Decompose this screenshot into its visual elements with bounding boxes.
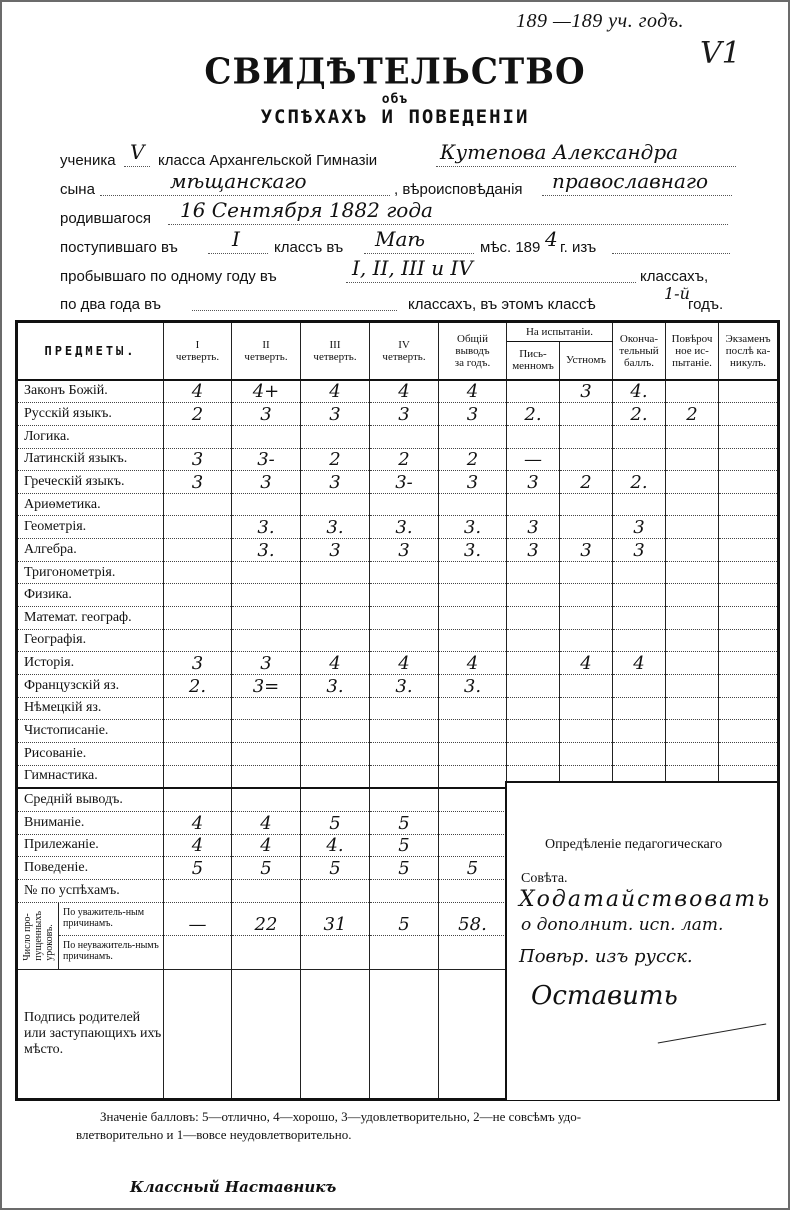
grade-q2[interactable]: [232, 720, 301, 743]
conduct-q2[interactable]: 4: [232, 811, 301, 834]
grade-q3[interactable]: 4: [301, 652, 370, 675]
grade-annual[interactable]: 3: [439, 403, 507, 426]
parents-signature-q3[interactable]: [301, 969, 370, 1099]
grade-q4[interactable]: [370, 607, 439, 630]
grade-q2[interactable]: 3.: [232, 516, 301, 539]
grade-q1[interactable]: [164, 561, 232, 584]
grade-oral[interactable]: 3: [560, 380, 613, 403]
subject-name: Французскiй яз.: [17, 674, 164, 697]
grade-written[interactable]: [507, 720, 560, 743]
entered-year-digit[interactable]: 4: [545, 227, 558, 251]
grade-final[interactable]: [613, 584, 666, 607]
conduct-q4[interactable]: 5: [370, 834, 439, 857]
grade-final[interactable]: 2.: [613, 403, 666, 426]
grade-annual[interactable]: [439, 607, 507, 630]
subject-row: Нѣмецкiй яз.: [17, 697, 779, 720]
this-class-years[interactable]: 1-й: [664, 284, 690, 303]
grade-reexam[interactable]: [666, 448, 719, 471]
grade-q1[interactable]: [164, 539, 232, 562]
header-exam-group: На испытанiи.: [507, 322, 613, 342]
absences-excused-annual[interactable]: 58.: [439, 902, 507, 936]
grade-annual[interactable]: [439, 425, 507, 448]
subject-row: Алгебра.3.333.333: [17, 539, 779, 562]
parents-signature-annual[interactable]: [439, 969, 507, 1099]
conduct-q3[interactable]: [301, 788, 370, 811]
header-subjects: ПРЕДМЕТЫ.: [17, 322, 164, 380]
grade-oral[interactable]: [560, 516, 613, 539]
grade-after[interactable]: [719, 448, 779, 471]
grading-legend: Значенiе балловъ: 5—отлично, 4—хорошо, 3…: [100, 1108, 720, 1144]
grade-oral[interactable]: [560, 493, 613, 516]
grade-reexam[interactable]: [666, 539, 719, 562]
grade-reexam[interactable]: [666, 742, 719, 765]
conduct-q2[interactable]: 5: [232, 857, 301, 880]
grade-after[interactable]: [719, 425, 779, 448]
grade-q4[interactable]: 3-: [370, 471, 439, 494]
grade-q3[interactable]: [301, 493, 370, 516]
grade-q2[interactable]: 3: [232, 403, 301, 426]
grade-final[interactable]: 3: [613, 516, 666, 539]
conduct-q1[interactable]: 4: [164, 834, 232, 857]
from-label: г. изъ: [560, 239, 596, 256]
grade-q4[interactable]: 4: [370, 380, 439, 403]
grade-final[interactable]: 3: [613, 539, 666, 562]
grade-after[interactable]: [719, 403, 779, 426]
conduct-q3[interactable]: 5: [301, 811, 370, 834]
conduct-annual[interactable]: [439, 879, 507, 902]
grade-reexam[interactable]: [666, 584, 719, 607]
subject-name: Математ. географ.: [17, 607, 164, 630]
conduct-q1[interactable]: 5: [164, 857, 232, 880]
conduct-annual[interactable]: [439, 788, 507, 811]
grade-annual[interactable]: [439, 584, 507, 607]
class-value[interactable]: V: [130, 140, 144, 164]
grade-q4[interactable]: [370, 720, 439, 743]
absences-excused-q3[interactable]: 31: [301, 902, 370, 936]
conduct-q4[interactable]: 5: [370, 857, 439, 880]
grade-q4[interactable]: [370, 629, 439, 652]
grade-q2[interactable]: 3-: [232, 448, 301, 471]
grade-q2[interactable]: 3: [232, 471, 301, 494]
grade-q3[interactable]: [301, 720, 370, 743]
grade-q3[interactable]: 3: [301, 403, 370, 426]
two-years-label: по два года въ: [60, 296, 161, 313]
grade-q3[interactable]: 4: [301, 380, 370, 403]
entered-label: поступившаго въ: [60, 239, 178, 256]
header-row: ПРЕДМЕТЫ. Iчетверть. IIчетверть. IIIчетв…: [17, 322, 779, 342]
subject-name: Алгебра.: [17, 539, 164, 562]
grade-q1[interactable]: [164, 765, 232, 788]
grade-final[interactable]: [613, 493, 666, 516]
header-after-holidays: Экзаменъпослѣ ка-никулъ.: [719, 322, 779, 380]
grade-written[interactable]: 3: [507, 471, 560, 494]
grade-annual[interactable]: 3: [439, 471, 507, 494]
grade-q4[interactable]: 3.: [370, 516, 439, 539]
grade-q1[interactable]: 3: [164, 448, 232, 471]
grade-q4[interactable]: 2: [370, 448, 439, 471]
grade-reexam[interactable]: [666, 674, 719, 697]
grade-q2[interactable]: 4+: [232, 380, 301, 403]
grade-oral[interactable]: 4: [560, 652, 613, 675]
header-q4: IVчетверть.: [370, 322, 439, 380]
conduct-q3[interactable]: 4.: [301, 834, 370, 857]
grade-reexam[interactable]: [666, 697, 719, 720]
grade-reexam[interactable]: [666, 652, 719, 675]
grade-final[interactable]: [613, 720, 666, 743]
absences-group-label: Число про-пущенныхъуроковъ.: [22, 911, 55, 961]
header-q1: Iчетверть.: [164, 322, 232, 380]
grade-q1[interactable]: [164, 742, 232, 765]
header-written: Пись-менномъ: [507, 342, 560, 380]
grade-written[interactable]: [507, 697, 560, 720]
grade-q4[interactable]: [370, 561, 439, 584]
conduct-q1[interactable]: [164, 788, 232, 811]
subject-row: Греческiй языкъ.3333-3322.: [17, 471, 779, 494]
subject-name: Тригонометрiя.: [17, 561, 164, 584]
grade-q1[interactable]: [164, 607, 232, 630]
grade-oral[interactable]: [560, 403, 613, 426]
grade-written[interactable]: 3: [507, 516, 560, 539]
grade-annual[interactable]: [439, 720, 507, 743]
grade-final[interactable]: 4: [613, 652, 666, 675]
grade-q2[interactable]: [232, 493, 301, 516]
conduct-name: Поведенiе.: [17, 857, 164, 880]
conduct-q4[interactable]: 5: [370, 811, 439, 834]
grade-q4[interactable]: [370, 493, 439, 516]
pedagogical-council-block: Опредѣленiе педагогическаго Совѣта. Хода…: [505, 781, 777, 1100]
grade-written[interactable]: [507, 629, 560, 652]
grade-q1[interactable]: 3: [164, 652, 232, 675]
subject-name: Ариѳметика.: [17, 493, 164, 516]
grade-annual[interactable]: [439, 742, 507, 765]
council-decision-line2: о дополнит. исп. лат.: [521, 915, 723, 935]
subject-name: Исторiя.: [17, 652, 164, 675]
grade-written[interactable]: —: [507, 448, 560, 471]
absences-unexcused-q3[interactable]: [301, 936, 370, 970]
grade-after[interactable]: [719, 539, 779, 562]
grade-q4[interactable]: [370, 425, 439, 448]
document-title: СВИДѢТЕЛЬСТВО: [0, 51, 790, 93]
subject-row: Русскiй языкъ.233332.2.2: [17, 403, 779, 426]
grade-after[interactable]: [719, 720, 779, 743]
grade-written[interactable]: [507, 493, 560, 516]
grade-annual[interactable]: 4: [439, 652, 507, 675]
religion-label: , вѣроисповѣданiя: [394, 181, 523, 198]
grade-q3[interactable]: [301, 765, 370, 788]
grade-final[interactable]: 2.: [613, 471, 666, 494]
grade-oral[interactable]: [560, 629, 613, 652]
grade-q3[interactable]: 3.: [301, 516, 370, 539]
grade-after[interactable]: [719, 380, 779, 403]
grade-reexam[interactable]: [666, 607, 719, 630]
grade-annual[interactable]: 3.: [439, 516, 507, 539]
grade-q1[interactable]: [164, 697, 232, 720]
parents-signature-q4[interactable]: [370, 969, 439, 1099]
absences-unexcused-q2[interactable]: [232, 936, 301, 970]
grade-q4[interactable]: 3.: [370, 674, 439, 697]
grade-annual[interactable]: [439, 493, 507, 516]
grade-after[interactable]: [719, 742, 779, 765]
born-value[interactable]: 16 Сентября 1882 года: [180, 198, 433, 222]
entered-class-label: классъ въ: [274, 239, 343, 256]
grade-reexam[interactable]: [666, 720, 719, 743]
subject-row: Ариѳметика.: [17, 493, 779, 516]
grade-after[interactable]: [719, 516, 779, 539]
conduct-annual[interactable]: [439, 834, 507, 857]
grade-reexam[interactable]: [666, 380, 719, 403]
parents-signature-q2[interactable]: [232, 969, 301, 1099]
subject-row: Исторiя.3344444: [17, 652, 779, 675]
grade-q1[interactable]: [164, 584, 232, 607]
form-line-two-years: по два года въ классахъ, въ этомъ классѣ…: [60, 290, 730, 316]
grade-q3[interactable]: [301, 425, 370, 448]
grade-q4[interactable]: 3: [370, 539, 439, 562]
grade-reexam[interactable]: [666, 425, 719, 448]
grade-oral[interactable]: [560, 561, 613, 584]
grade-q3[interactable]: [301, 742, 370, 765]
grade-oral[interactable]: [560, 607, 613, 630]
grade-written[interactable]: [507, 380, 560, 403]
grade-reexam[interactable]: [666, 493, 719, 516]
grade-q2[interactable]: [232, 629, 301, 652]
conduct-name: Среднiй выводъ.: [17, 788, 164, 811]
one-year-value[interactable]: I, II, III и IV: [352, 256, 473, 280]
grade-final[interactable]: [613, 607, 666, 630]
grade-reexam[interactable]: [666, 516, 719, 539]
grade-after[interactable]: [719, 471, 779, 494]
grade-written[interactable]: [507, 674, 560, 697]
grade-written[interactable]: [507, 584, 560, 607]
grade-q1[interactable]: [164, 720, 232, 743]
one-year-suffix: классахъ,: [640, 268, 708, 285]
grade-annual[interactable]: 2: [439, 448, 507, 471]
council-decision-line3: Повѣр. изъ русск.: [519, 946, 693, 967]
conduct-q2[interactable]: [232, 879, 301, 902]
grade-oral[interactable]: [560, 584, 613, 607]
subject-name: Географiя.: [17, 629, 164, 652]
class-label: класса Архангельской Гимназiи: [158, 152, 377, 169]
grade-q1[interactable]: [164, 425, 232, 448]
grade-after[interactable]: [719, 584, 779, 607]
signature-flourish: [658, 1023, 767, 1043]
absences-unexcused-label: По неуважитель-нымъ причинамъ.: [59, 936, 163, 969]
grade-oral[interactable]: [560, 742, 613, 765]
absences-excused-q1[interactable]: —: [164, 902, 232, 936]
grade-annual[interactable]: 3.: [439, 674, 507, 697]
document-subtitle: УСПѢХАХЪ И ПОВЕДЕНIИ: [0, 106, 790, 128]
conduct-q4[interactable]: [370, 879, 439, 902]
grade-oral[interactable]: 3: [560, 539, 613, 562]
grade-q1[interactable]: [164, 493, 232, 516]
absences-excused-label: По уважитель-ным причинамъ.: [59, 903, 163, 937]
council-heading-2: Совѣта.: [521, 871, 568, 887]
grade-written[interactable]: [507, 742, 560, 765]
grade-q2[interactable]: 3.: [232, 539, 301, 562]
entered-class[interactable]: I: [232, 227, 240, 251]
grade-after[interactable]: [719, 674, 779, 697]
conduct-q3[interactable]: 5: [301, 857, 370, 880]
conduct-annual[interactable]: [439, 811, 507, 834]
grade-q3[interactable]: [301, 629, 370, 652]
month-label: мѣс. 189: [480, 239, 540, 256]
grade-final[interactable]: [613, 697, 666, 720]
grade-q1[interactable]: 3: [164, 471, 232, 494]
grade-final[interactable]: [613, 425, 666, 448]
grade-annual[interactable]: [439, 629, 507, 652]
subject-row: Физика.: [17, 584, 779, 607]
conduct-q4[interactable]: [370, 788, 439, 811]
grade-q2[interactable]: 3: [232, 652, 301, 675]
grade-final[interactable]: [613, 448, 666, 471]
form-line-one-year: пробывшаго по одному году въ I, II, III …: [60, 262, 730, 288]
header-q3: IIIчетверть.: [301, 322, 370, 380]
grade-after[interactable]: [719, 493, 779, 516]
subject-name: Русскiй языкъ.: [17, 403, 164, 426]
grade-q4[interactable]: [370, 742, 439, 765]
one-year-label: пробывшаго по одному году въ: [60, 268, 277, 285]
grade-after[interactable]: [719, 607, 779, 630]
grade-after[interactable]: [719, 652, 779, 675]
grade-oral[interactable]: [560, 674, 613, 697]
grade-q3[interactable]: [301, 561, 370, 584]
grade-q1[interactable]: 4: [164, 380, 232, 403]
grade-written[interactable]: [507, 561, 560, 584]
grade-q4[interactable]: 4: [370, 652, 439, 675]
subject-row: Рисованiе.: [17, 742, 779, 765]
conduct-q2[interactable]: 4: [232, 834, 301, 857]
grade-q3[interactable]: 3.: [301, 674, 370, 697]
grade-q3[interactable]: [301, 607, 370, 630]
grade-q2[interactable]: [232, 584, 301, 607]
subject-row: Законъ Божiй.44+44434.: [17, 380, 779, 403]
grade-final[interactable]: 4.: [613, 380, 666, 403]
header-oral: Устномъ: [560, 342, 613, 380]
grade-annual[interactable]: [439, 561, 507, 584]
class-mentor-label: Классный Наставникъ: [130, 1178, 336, 1196]
grade-q2[interactable]: [232, 607, 301, 630]
grade-after[interactable]: [719, 629, 779, 652]
grade-written[interactable]: 2.: [507, 403, 560, 426]
grade-oral[interactable]: 2: [560, 471, 613, 494]
this-class-suffix: годъ.: [688, 296, 723, 313]
grade-oral[interactable]: [560, 720, 613, 743]
grade-reexam[interactable]: [666, 471, 719, 494]
grade-q1[interactable]: [164, 516, 232, 539]
grade-q2[interactable]: [232, 561, 301, 584]
two-years-suffix: классахъ, въ этомъ классѣ: [408, 296, 596, 313]
grade-final[interactable]: [613, 674, 666, 697]
grade-q4[interactable]: [370, 697, 439, 720]
subject-name: Физика.: [17, 584, 164, 607]
conduct-q1[interactable]: [164, 879, 232, 902]
grade-final[interactable]: [613, 561, 666, 584]
subject-row: Латинскiй языкъ.33-222—: [17, 448, 779, 471]
grade-q4[interactable]: 3: [370, 403, 439, 426]
absences-unexcused-q1[interactable]: [164, 936, 232, 970]
grade-written[interactable]: [507, 652, 560, 675]
grade-q3[interactable]: 3: [301, 471, 370, 494]
grade-q4[interactable]: [370, 584, 439, 607]
academic-year: 189 —189 уч. годъ.: [516, 10, 684, 33]
grade-annual[interactable]: [439, 697, 507, 720]
grade-written[interactable]: [507, 425, 560, 448]
grade-q2[interactable]: 3=: [232, 674, 301, 697]
subject-name: Латинскiй языкъ.: [17, 448, 164, 471]
grade-q4[interactable]: [370, 765, 439, 788]
grade-oral[interactable]: [560, 697, 613, 720]
grade-oral[interactable]: [560, 448, 613, 471]
grade-q2[interactable]: [232, 765, 301, 788]
student-label: ученика: [60, 152, 116, 169]
subject-row: Геометрiя.3.3.3.3.33: [17, 516, 779, 539]
absences-unexcused-annual[interactable]: [439, 936, 507, 970]
subject-name: Геометрiя.: [17, 516, 164, 539]
header-q2: IIчетверть.: [232, 322, 301, 380]
grade-oral[interactable]: [560, 425, 613, 448]
subject-name: Логика.: [17, 425, 164, 448]
grade-written[interactable]: [507, 607, 560, 630]
grade-final[interactable]: [613, 742, 666, 765]
parents-signature-q1[interactable]: [164, 969, 232, 1099]
religion-value[interactable]: православнаго: [552, 169, 708, 193]
conduct-annual[interactable]: 5: [439, 857, 507, 880]
subject-row: Французскiй яз.2.3=3.3.3.: [17, 674, 779, 697]
grade-q1[interactable]: 2: [164, 403, 232, 426]
header-final: Оконча-тельныйбаллъ.: [613, 322, 666, 380]
conduct-name: Прилежанiе.: [17, 834, 164, 857]
grade-q3[interactable]: 2: [301, 448, 370, 471]
conduct-name: № по успѣхамъ.: [17, 879, 164, 902]
grade-reexam[interactable]: [666, 629, 719, 652]
grade-q3[interactable]: [301, 697, 370, 720]
grade-reexam[interactable]: [666, 561, 719, 584]
born-label: родившагося: [60, 210, 151, 227]
grade-q2[interactable]: [232, 425, 301, 448]
subject-name: Греческiй языкъ.: [17, 471, 164, 494]
grade-after[interactable]: [719, 697, 779, 720]
son-value[interactable]: мѣщанскаго: [170, 169, 307, 193]
conduct-name: Вниманiе.: [17, 811, 164, 834]
grade-q3[interactable]: 3: [301, 539, 370, 562]
conduct-q2[interactable]: [232, 788, 301, 811]
grade-reexam[interactable]: 2: [666, 403, 719, 426]
entered-month[interactable]: Маѣ: [375, 227, 425, 251]
grade-written[interactable]: 3: [507, 539, 560, 562]
grade-after[interactable]: [719, 561, 779, 584]
grade-q1[interactable]: 2.: [164, 674, 232, 697]
subject-row: Логика.: [17, 425, 779, 448]
grade-annual[interactable]: 4: [439, 380, 507, 403]
council-decision-line1: Ходатайствовать: [519, 887, 771, 912]
grade-annual[interactable]: 3.: [439, 539, 507, 562]
subject-row: Математ. географ.: [17, 607, 779, 630]
grade-q2[interactable]: [232, 697, 301, 720]
conduct-q1[interactable]: 4: [164, 811, 232, 834]
absences-excused-q4[interactable]: 5: [370, 902, 439, 936]
conduct-q3[interactable]: [301, 879, 370, 902]
absences-excused-q2[interactable]: 22: [232, 902, 301, 936]
grade-q2[interactable]: [232, 742, 301, 765]
subject-row: Географiя.: [17, 629, 779, 652]
council-heading: Опредѣленiе педагогическаго: [545, 837, 722, 853]
grade-q3[interactable]: [301, 584, 370, 607]
absences-unexcused-q4[interactable]: [370, 936, 439, 970]
grade-final[interactable]: [613, 629, 666, 652]
grade-annual[interactable]: [439, 765, 507, 788]
student-name[interactable]: Кутепова Александра: [440, 140, 678, 164]
parents-signature-label: Подпись родителей или заступающихъ ихъ м…: [17, 969, 164, 1099]
grade-q1[interactable]: [164, 629, 232, 652]
